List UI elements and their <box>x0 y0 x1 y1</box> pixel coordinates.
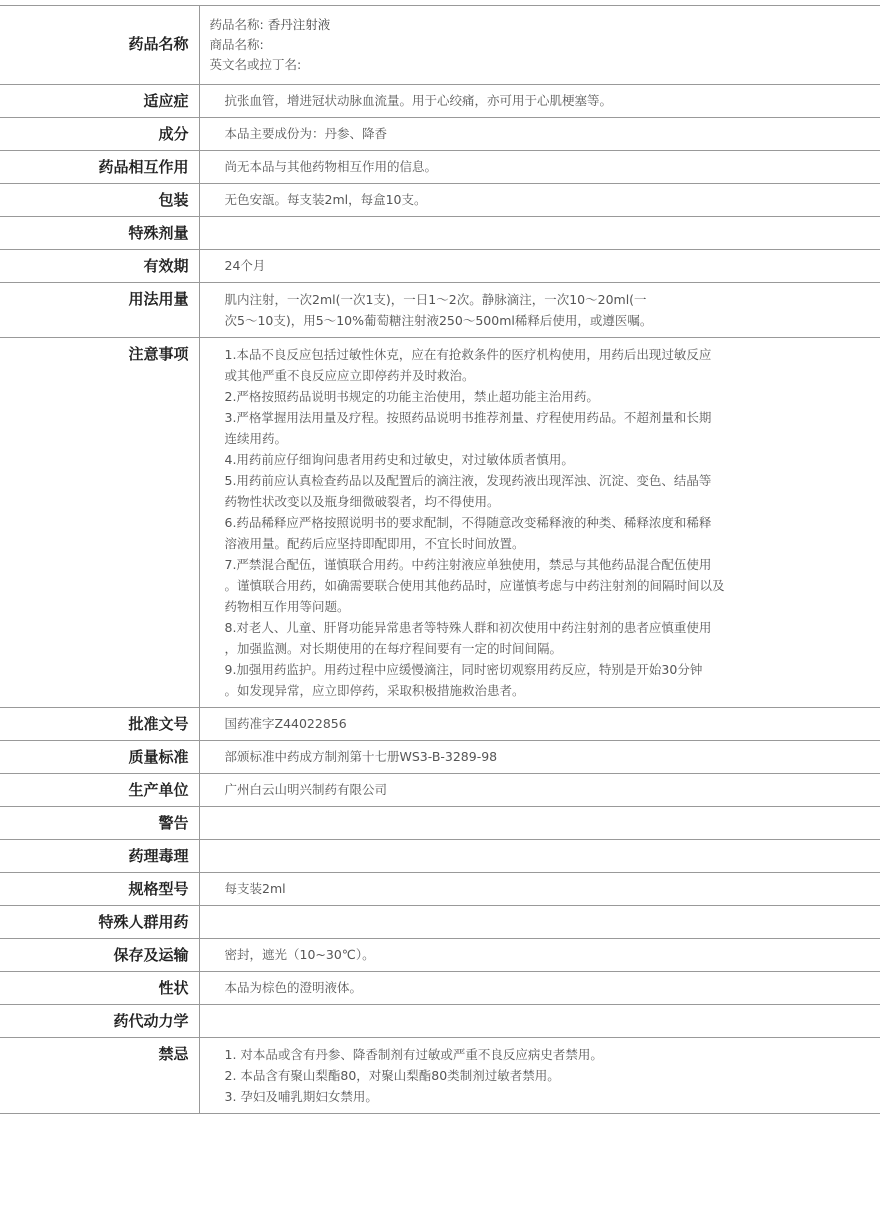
precaution-line: 溶液用量。配药后应坚持即配即用，不宜长时间放置。 <box>225 533 880 554</box>
value-pharmacokinetics <box>199 1005 880 1038</box>
value-standard: 部颁标准中药成方制剂第十七册WS3-B-3289-98 <box>199 741 880 774</box>
label-interactions: 药品相互作用 <box>0 151 199 184</box>
precaution-line: 5.用药前应认真检查药品以及配置后的滴注液，发现药液出现浑浊、沉淀、变色、结晶等 <box>225 470 880 491</box>
label-expiry: 有效期 <box>0 250 199 283</box>
row-contraindications: 禁忌 1. 对本品或含有丹参、降香制剂有过敏或严重不良反应病史者禁用。 2. 本… <box>0 1038 880 1114</box>
english-name-label: 英文名或拉丁名: <box>210 55 880 75</box>
label-precautions: 注意事项 <box>0 338 199 708</box>
row-usage: 用法用量 肌内注射，一次2ml(一次1支)，一日1～2次。静脉滴注，一次10～2… <box>0 283 880 338</box>
label-approval: 批准文号 <box>0 708 199 741</box>
value-indications: 抗张血管，增进冠状动脉血流量。用于心绞痛，亦可用于心肌梗塞等。 <box>199 85 880 118</box>
row-manufacturer: 生产单位 广州白云山明兴制药有限公司 <box>0 774 880 807</box>
contraindication-line: 1. 对本品或含有丹参、降香制剂有过敏或严重不良反应病史者禁用。 <box>225 1044 880 1065</box>
label-packaging: 包装 <box>0 184 199 217</box>
value-warning <box>199 807 880 840</box>
row-specification: 规格型号 每支装2ml <box>0 873 880 906</box>
value-storage: 密封，遮光（10~30℃）。 <box>199 939 880 972</box>
row-approval: 批准文号 国药准字Z44022856 <box>0 708 880 741</box>
drug-name-label: 药品名称: <box>210 17 264 32</box>
row-packaging: 包装 无色安瓿。每支装2ml，每盒10支。 <box>0 184 880 217</box>
value-pharmacology <box>199 840 880 873</box>
value-special-dosage <box>199 217 880 250</box>
label-pharmacology: 药理毒理 <box>0 840 199 873</box>
precaution-line: 连续用药。 <box>225 428 880 449</box>
value-contraindications: 1. 对本品或含有丹参、降香制剂有过敏或严重不良反应病史者禁用。 2. 本品含有… <box>199 1038 880 1114</box>
precaution-line: 7.严禁混合配伍，谨慎联合用药。中药注射液应单独使用，禁忌与其他药品混合配伍使用 <box>225 554 880 575</box>
label-indications: 适应症 <box>0 85 199 118</box>
label-special-population: 特殊人群用药 <box>0 906 199 939</box>
contraindication-line: 3. 孕妇及哺乳期妇女禁用。 <box>225 1086 880 1107</box>
value-interactions: 尚无本品与其他药物相互作用的信息。 <box>199 151 880 184</box>
row-storage: 保存及运输 密封，遮光（10~30℃）。 <box>0 939 880 972</box>
usage-line: 次5～10支)，用5～10%葡萄糖注射液250～500ml稀释后使用，或遵医嘱。 <box>225 310 880 331</box>
precaution-line: 3.严格掌握用法用量及疗程。按照药品说明书推荐剂量、疗程使用药品。不超剂量和长期 <box>225 407 880 428</box>
value-approval: 国药准字Z44022856 <box>199 708 880 741</box>
value-specification: 每支装2ml <box>199 873 880 906</box>
precaution-line: 6.药品稀释应严格按照说明书的要求配制，不得随意改变稀释液的种类、稀释浓度和稀释 <box>225 512 880 533</box>
value-ingredients: 本品主要成份为：丹参、降香 <box>199 118 880 151</box>
precaution-line: 1.本品不良反应包括过敏性休克，应在有抢救条件的医疗机构使用，用药后出现过敏反应 <box>225 344 880 365</box>
precaution-line: 9.加强用药监护。用药过程中应缓慢滴注，同时密切观察用药反应，特别是开始30分钟 <box>225 659 880 680</box>
value-manufacturer: 广州白云山明兴制药有限公司 <box>199 774 880 807</box>
row-description: 性状 本品为棕色的澄明液体。 <box>0 972 880 1005</box>
value-precautions: 1.本品不良反应包括过敏性休克，应在有抢救条件的医疗机构使用，用药后出现过敏反应… <box>199 338 880 708</box>
label-warning: 警告 <box>0 807 199 840</box>
value-expiry: 24个月 <box>199 250 880 283</box>
drug-name-value: 香丹注射液 <box>268 17 331 32</box>
row-special-dosage: 特殊剂量 <box>0 217 880 250</box>
drug-info-sheet: 药品名称 药品名称: 香丹注射液 商品名称: 英文名或拉丁名: 适应症 抗张血管… <box>0 5 880 1114</box>
value-special-population <box>199 906 880 939</box>
row-standard: 质量标准 部颁标准中药成方制剂第十七册WS3-B-3289-98 <box>0 741 880 774</box>
value-packaging: 无色安瓿。每支装2ml，每盒10支。 <box>199 184 880 217</box>
precaution-line: ，加强监测。对长期使用的在每疗程间要有一定的时间间隔。 <box>225 638 880 659</box>
row-pharmacokinetics: 药代动力学 <box>0 1005 880 1038</box>
drug-info-table: 药品名称 药品名称: 香丹注射液 商品名称: 英文名或拉丁名: 适应症 抗张血管… <box>0 5 880 1114</box>
label-manufacturer: 生产单位 <box>0 774 199 807</box>
precaution-line: 药物性状改变以及瓶身细微破裂者，均不得使用。 <box>225 491 880 512</box>
row-expiry: 有效期 24个月 <box>0 250 880 283</box>
label-standard: 质量标准 <box>0 741 199 774</box>
precaution-line: 2.严格按照药品说明书规定的功能主治使用，禁止超功能主治用药。 <box>225 386 880 407</box>
precaution-line: 4.用药前应仔细询问患者用药史和过敏史，对过敏体质者慎用。 <box>225 449 880 470</box>
label-pharmacokinetics: 药代动力学 <box>0 1005 199 1038</box>
label-usage: 用法用量 <box>0 283 199 338</box>
precaution-line: 或其他严重不良反应应立即停药并及时救治。 <box>225 365 880 386</box>
label-contraindications: 禁忌 <box>0 1038 199 1114</box>
row-interactions: 药品相互作用 尚无本品与其他药物相互作用的信息。 <box>0 151 880 184</box>
label-drug-name: 药品名称 <box>0 6 199 85</box>
label-storage: 保存及运输 <box>0 939 199 972</box>
row-special-population: 特殊人群用药 <box>0 906 880 939</box>
value-description: 本品为棕色的澄明液体。 <box>199 972 880 1005</box>
row-indications: 适应症 抗张血管，增进冠状动脉血流量。用于心绞痛，亦可用于心肌梗塞等。 <box>0 85 880 118</box>
value-drug-name: 药品名称: 香丹注射液 商品名称: 英文名或拉丁名: <box>199 6 880 85</box>
row-warning: 警告 <box>0 807 880 840</box>
label-ingredients: 成分 <box>0 118 199 151</box>
label-description: 性状 <box>0 972 199 1005</box>
contraindication-line: 2. 本品含有聚山梨酯80，对聚山梨酯80类制剂过敏者禁用。 <box>225 1065 880 1086</box>
label-special-dosage: 特殊剂量 <box>0 217 199 250</box>
label-specification: 规格型号 <box>0 873 199 906</box>
row-ingredients: 成分 本品主要成份为：丹参、降香 <box>0 118 880 151</box>
row-drug-name: 药品名称 药品名称: 香丹注射液 商品名称: 英文名或拉丁名: <box>0 6 880 85</box>
usage-line: 肌内注射，一次2ml(一次1支)，一日1～2次。静脉滴注，一次10～20ml(一 <box>225 289 880 310</box>
precaution-line: 8.对老人、儿童、肝肾功能异常患者等特殊人群和初次使用中药注射剂的患者应慎重使用 <box>225 617 880 638</box>
value-usage: 肌内注射，一次2ml(一次1支)，一日1～2次。静脉滴注，一次10～20ml(一… <box>199 283 880 338</box>
precaution-line: 药物相互作用等问题。 <box>225 596 880 617</box>
trade-name-label: 商品名称: <box>210 35 880 55</box>
row-pharmacology: 药理毒理 <box>0 840 880 873</box>
precaution-line: 。如发现异常，应立即停药，采取积极措施救治患者。 <box>225 680 880 701</box>
row-precautions: 注意事项 1.本品不良反应包括过敏性休克，应在有抢救条件的医疗机构使用，用药后出… <box>0 338 880 708</box>
precaution-line: 。谨慎联合用药，如确需要联合使用其他药品时，应谨慎考虑与中药注射剂的间隔时间以及 <box>225 575 880 596</box>
